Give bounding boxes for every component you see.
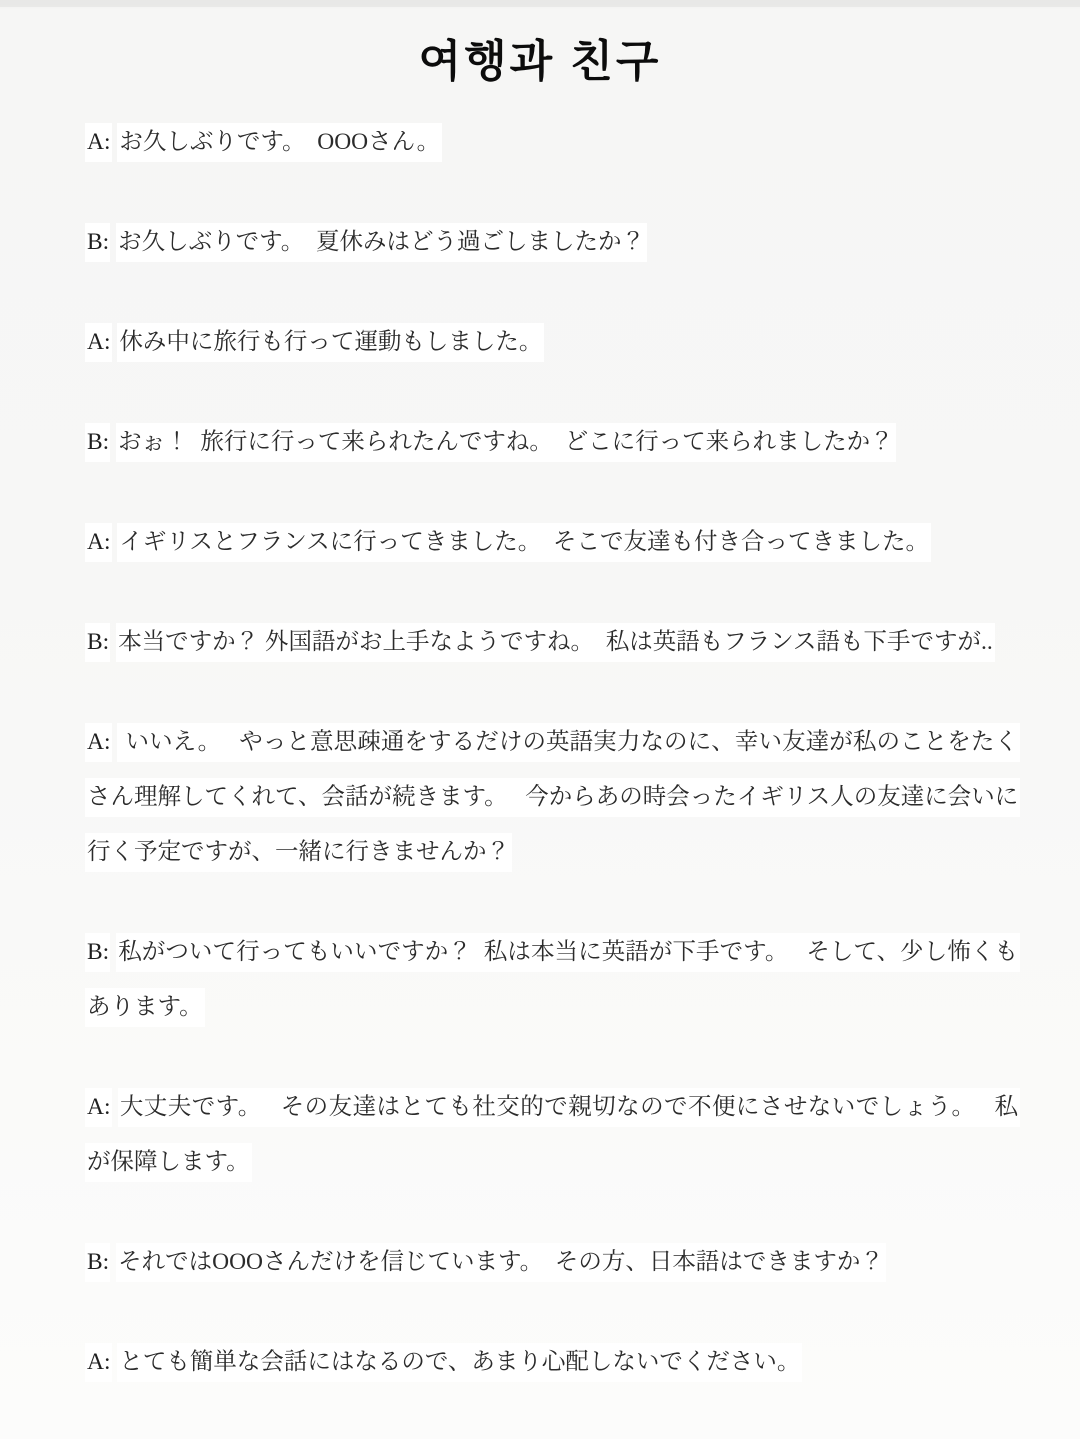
dialogue-body: A: お久しぶりです。 OOOさん。 B: お久しぶりです。 夏休みはどう過ごし…	[85, 115, 1020, 1390]
speaker-label: B:	[85, 423, 110, 462]
dialogue-line: B: おぉ！ 旅行に行って来られたんですね。 どこに行って来られましたか？	[85, 415, 1020, 470]
dialogue-line: A: いいえ。 やっと意思疎通をするだけの英語実力なのに、幸い友達が私のことをた…	[85, 715, 1020, 880]
dialogue-line: A: 大丈夫です。 その友達はとても社交的で親切なので不便にさせないでしょう。 …	[85, 1080, 1020, 1190]
dialogue-text: おぉ！ 旅行に行って来られたんですね。 どこに行って来られましたか？	[116, 423, 896, 462]
speaker-label: A:	[85, 323, 112, 362]
speaker-label: A:	[85, 523, 112, 562]
speaker-label: B:	[85, 623, 110, 662]
dialogue-text: お久しぶりです。 夏休みはどう過ごしましたか？	[116, 223, 647, 262]
speaker-label: A:	[85, 123, 112, 162]
speaker-label: B:	[85, 223, 110, 262]
speaker-label: B:	[85, 1243, 110, 1282]
dialogue-line: B: 本当ですか？ 外国語がお上手なようですね。 私は英語もフランス語も下手です…	[85, 615, 1020, 670]
page-top-shadow	[0, 0, 1080, 7]
dialogue-text: 私がついて行ってもいいですか？ 私は本当に英語が下手です。 そして、少し怖くもあ…	[85, 933, 1020, 1027]
dialogue-line: B: 私がついて行ってもいいですか？ 私は本当に英語が下手です。 そして、少し怖…	[85, 925, 1020, 1035]
speaker-label: A:	[85, 1343, 112, 1382]
dialogue-text: 休み中に旅行も行って運動もしました。	[117, 323, 544, 362]
dialogue-text: 本当ですか？ 外国語がお上手なようですね。 私は英語もフランス語も下手ですが..	[116, 623, 995, 662]
document-page: 여행과 친구 A: お久しぶりです。 OOOさん。 B: お久しぶりです。 夏休…	[0, 0, 1080, 1439]
page-title: 여행과 친구	[60, 36, 1020, 89]
dialogue-line: A: お久しぶりです。 OOOさん。	[85, 115, 1020, 170]
dialogue-text: いいえ。 やっと意思疎通をするだけの英語実力なのに、幸い友達が私のことをたくさん…	[85, 723, 1020, 872]
dialogue-text: とても簡単な会話にはなるので、あまり心配しないでください。	[117, 1343, 802, 1382]
dialogue-line: B: それではOOOさんだけを信じています。 その方、日本語はできますか？	[85, 1235, 1020, 1290]
dialogue-line: B: お久しぶりです。 夏休みはどう過ごしましたか？	[85, 215, 1020, 270]
speaker-label: A:	[85, 1088, 112, 1127]
dialogue-text: お久しぶりです。 OOOさん。	[117, 123, 442, 162]
dialogue-line: A: 休み中に旅行も行って運動もしました。	[85, 315, 1020, 370]
dialogue-line: A: とても簡単な会話にはなるので、あまり心配しないでください。	[85, 1335, 1020, 1390]
dialogue-line: A: イギリスとフランスに行ってきました。 そこで友達も付き合ってきました。	[85, 515, 1020, 570]
dialogue-text: イギリスとフランスに行ってきました。 そこで友達も付き合ってきました。	[117, 523, 931, 562]
speaker-label: A:	[85, 723, 112, 762]
dialogue-text: 大丈夫です。 その友達はとても社交的で親切なので不便にさせないでしょう。 私が保…	[85, 1088, 1020, 1182]
speaker-label: B:	[85, 933, 110, 972]
dialogue-text: それではOOOさんだけを信じています。 その方、日本語はできますか？	[116, 1243, 886, 1282]
